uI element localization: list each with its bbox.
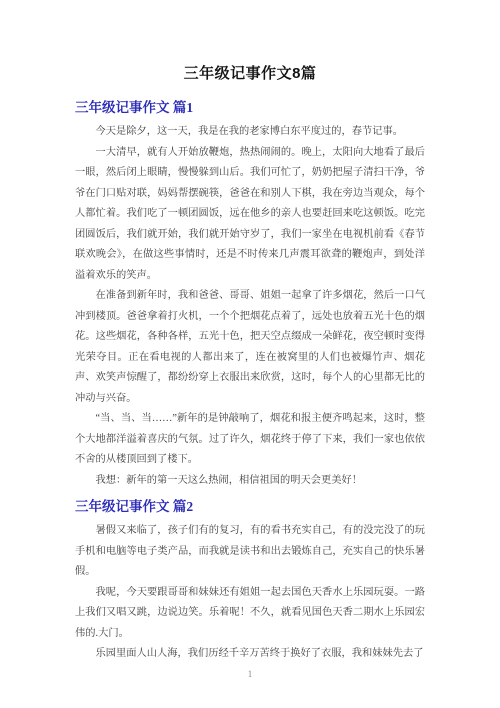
section-2-heading: 三年级记事作文 篇2 <box>75 498 425 516</box>
section-1-paragraph-3: 在准备到新年时，我和爸爸、哥哥、姐姐一起拿了许多烟花，然后一口气冲到楼顶。爸爸拿… <box>75 286 425 409</box>
section-1-paragraph-5: 我想：新年的第一天这么热闹，相信祖国的明天会更美好！ <box>75 471 425 492</box>
page-number: 1 <box>75 668 425 680</box>
document-page: 三年级记事作文8篇 三年级记事作文 篇1 今天是除夕，这一天，我是在我的老家博白… <box>75 0 425 680</box>
section-1-heading: 三年级记事作文 篇1 <box>75 99 425 117</box>
section-1-paragraph-2: 一大清早，就有人开始放鞭炮，热热闹闹的。晚上，太阳向大地看了最后一眼，然后闭上眼… <box>75 143 425 287</box>
section-2-paragraph-1: 暑假又来临了，孩子们有的复习，有的看书充实自己，有的没完没了的玩手机和电脑等电子… <box>75 521 425 583</box>
document-title: 三年级记事作文8篇 <box>75 62 425 86</box>
section-2-paragraph-3: 乐园里面人山人海，我们历经千辛万苦终于换好了衣服，我和妹妹先去了 <box>75 644 425 665</box>
section-2-paragraph-2: 我呢，今天要跟哥哥和妹妹还有姐姐一起去国色天香水上乐园玩耍。一路上我们又唱又跳，… <box>75 583 425 645</box>
section-1-paragraph-1: 今天是除夕，这一天，我是在我的老家博白东平度过的，春节记事。 <box>75 122 425 143</box>
section-1-paragraph-4: “当、当、当……”新年的是钟敲响了，烟花和报主便齐鸣起来，这时，整个大地都洋溢着… <box>75 409 425 471</box>
